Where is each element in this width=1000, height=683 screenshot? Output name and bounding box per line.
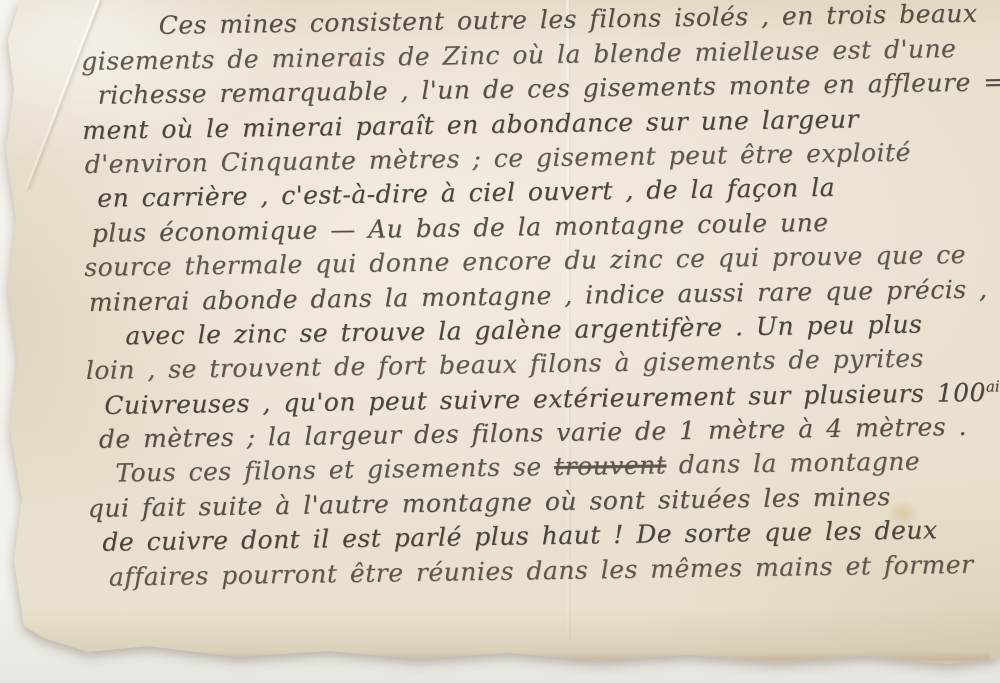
paper-wrap: à côté d'autres mines . Ces mines consis… [0,0,1000,683]
line-text: dans la montagne [666,447,920,480]
line-text: Tous ces filons et gisements se [115,452,554,488]
superscript-aines: aines , [986,377,1000,396]
paper-sheet: à côté d'autres mines . Ces mines consis… [0,0,1000,683]
letter-body: à côté d'autres mines . Ces mines consis… [80,0,979,597]
struck-word: trouvent [554,451,667,482]
torn-edge-shadow [30,652,990,661]
scanned-letter: à côté d'autres mines . Ces mines consis… [0,0,1000,683]
